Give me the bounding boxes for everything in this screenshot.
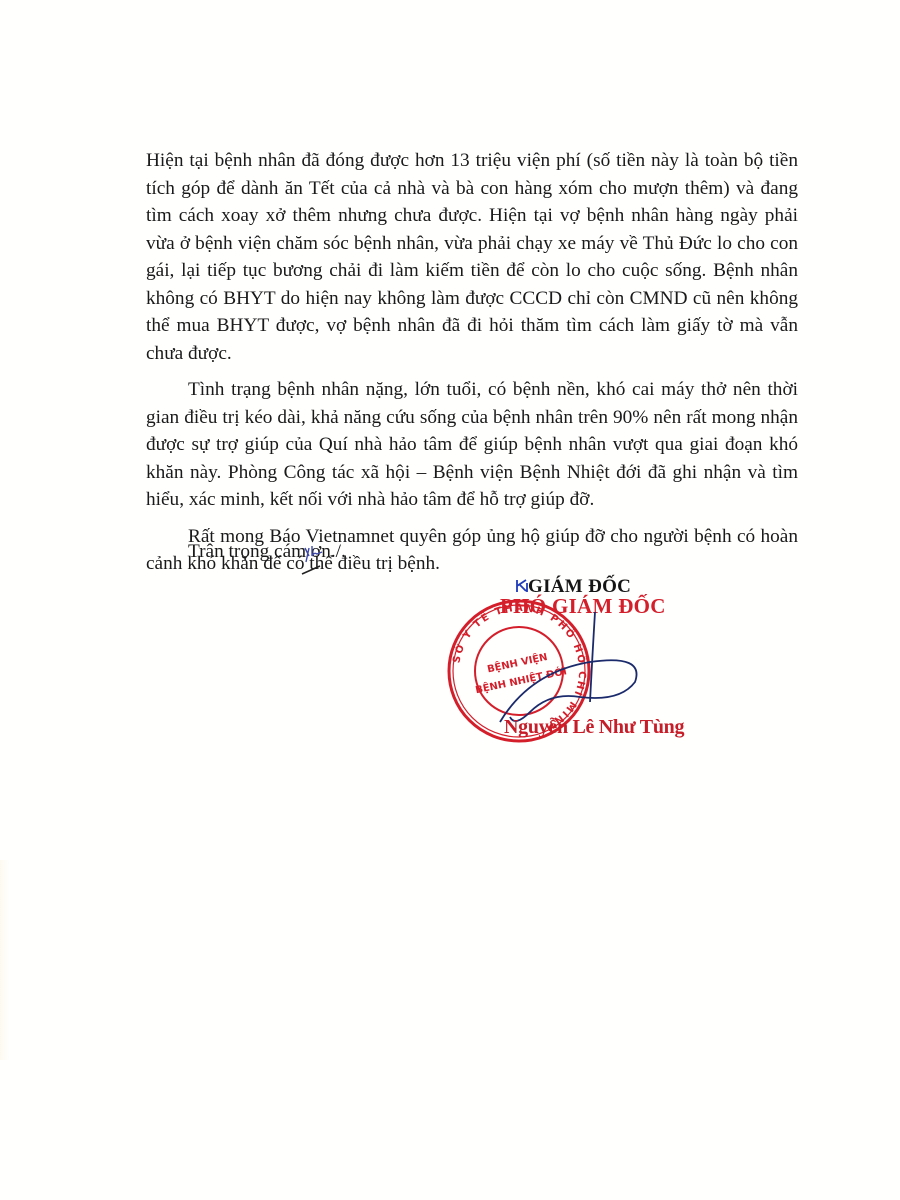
scan-edge-shadow <box>0 860 10 1060</box>
signature-block: GIÁM ĐỐC PHÓ GIÁM ĐỐC SỞ Y TẾ THÀNH PHỐ … <box>440 572 700 752</box>
paragraph-fees-paid: Hiện tại bệnh nhân đã đóng được hơn 13 t… <box>146 147 798 367</box>
paragraph-condition: Tình trạng bệnh nhân nặng, lớn tuổi, có … <box>146 376 798 514</box>
signer-name: Nguyễn Lê Như Tùng <box>504 716 684 739</box>
initials-mark-icon <box>300 540 340 580</box>
letter-body: Hiện tại bệnh nhân đã đóng được hơn 13 t… <box>146 147 798 578</box>
document-page: Hiện tại bệnh nhân đã đóng được hơn 13 t… <box>0 0 900 1200</box>
